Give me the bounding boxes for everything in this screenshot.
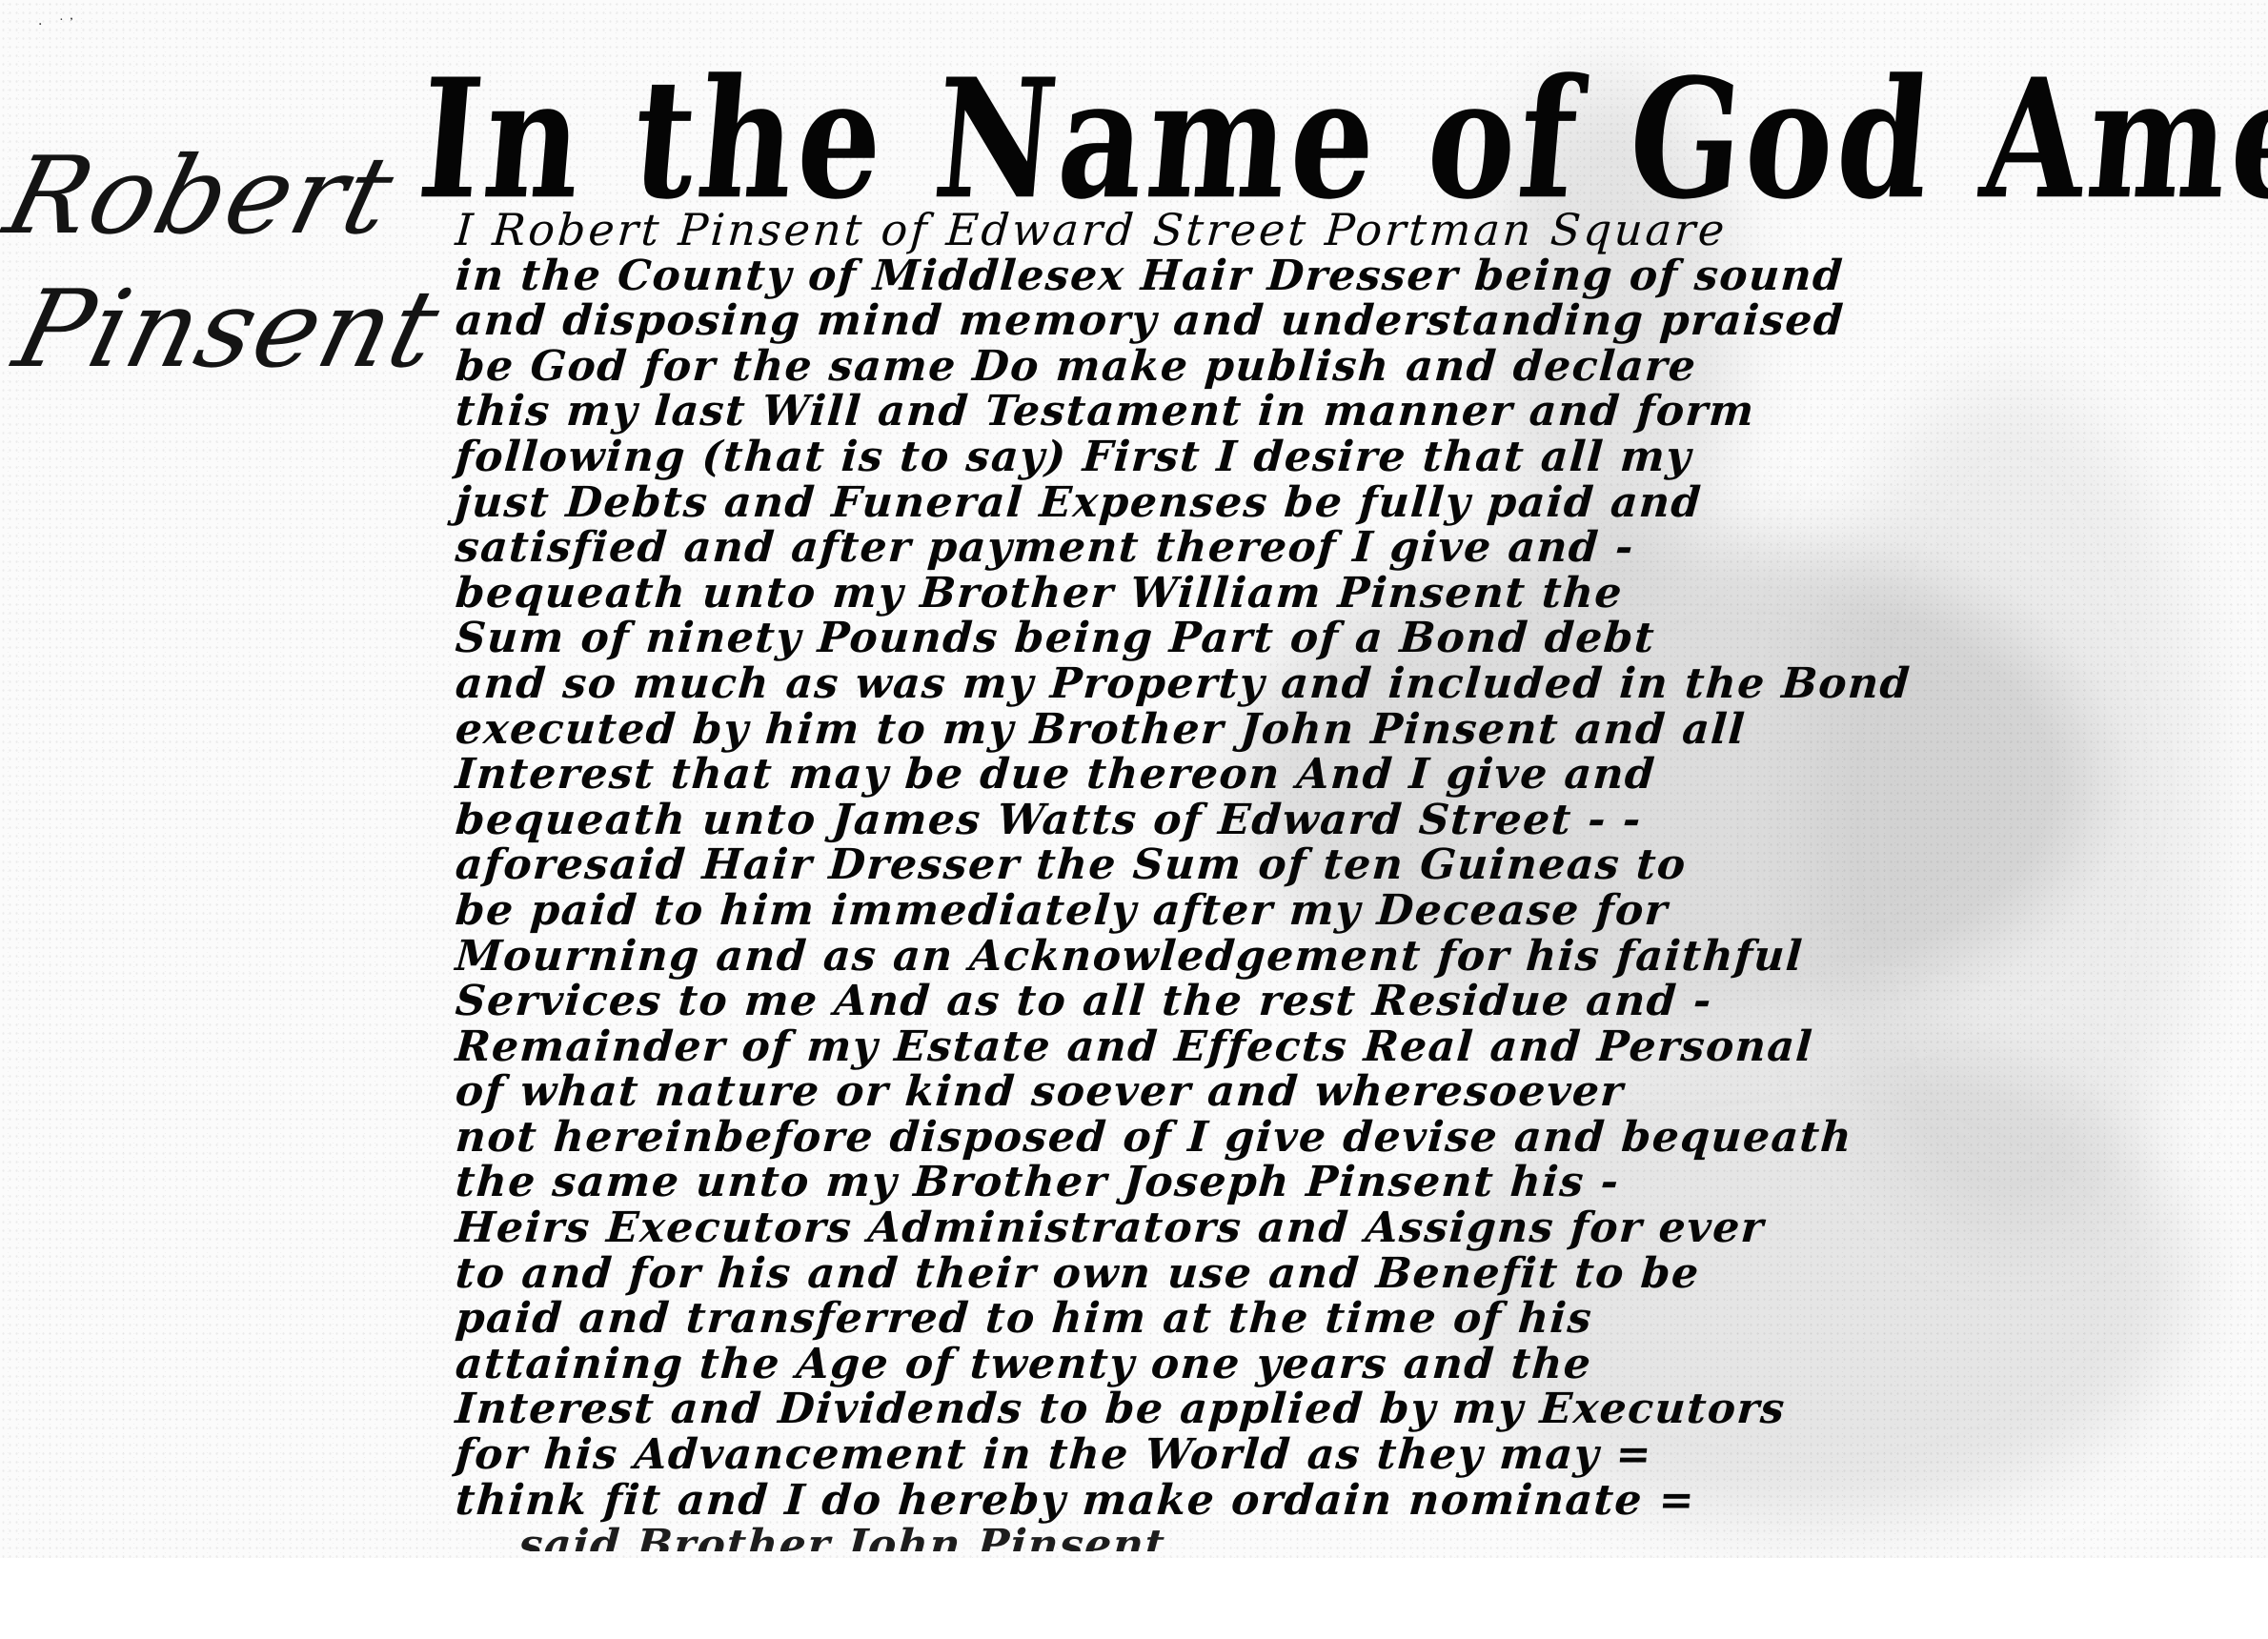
corner-marks: · ˙ ̓	[38, 17, 80, 32]
body-line: executed by him to my Brother John Pinse…	[454, 707, 2248, 753]
body-line: in the County of Middlesex Hair Dresser …	[454, 253, 2248, 299]
body-line: be God for the same Do make publish and …	[454, 344, 2248, 390]
body-line: of what nature or kind soever and wheres…	[454, 1069, 2248, 1115]
body-line: this my last Will and Testament in manne…	[454, 389, 2248, 435]
body-line: and so much as was my Property and inclu…	[454, 661, 2248, 707]
body-line: following (that is to say) First I desir…	[454, 435, 2248, 480]
body-line: Interest that may be due thereon And I g…	[454, 752, 2248, 798]
body-line: be paid to him immediately after my Dece…	[454, 888, 2248, 934]
body-line: think fit and I do hereby make ordain no…	[454, 1478, 2248, 1524]
body-line: I Robert Pinsent of Edward Street Portma…	[454, 208, 2248, 253]
body-line: to and for his and their own use and Ben…	[454, 1251, 2248, 1297]
document-page: · ˙ ̓ Robert Pinsent In the Name of God …	[0, 0, 2268, 1558]
body-line: bequeath unto my Brother William Pinsent…	[454, 571, 2248, 617]
body-line: the same unto my Brother Joseph Pinsent …	[454, 1160, 2248, 1205]
body-line: bequeath unto James Watts of Edward Stre…	[454, 798, 2248, 843]
will-body: I Robert Pinsent of Edward Street Portma…	[456, 208, 2247, 1551]
body-line: Mourning and as an Acknowledgement for h…	[454, 934, 2248, 980]
body-line: aforesaid Hair Dresser the Sum of ten Gu…	[454, 842, 2248, 888]
body-line: attaining the Age of twenty one years an…	[454, 1342, 2248, 1387]
body-line-cut-off: ... said Brother John Pinsent	[455, 1523, 2248, 1551]
body-line: just Debts and Funeral Expenses be fully…	[454, 480, 2248, 526]
body-line: not hereinbefore disposed of I give devi…	[454, 1115, 2248, 1161]
body-line: Heirs Executors Administrators and Assig…	[454, 1205, 2248, 1251]
body-line: and disposing mind memory and understand…	[454, 298, 2248, 344]
body-line: Remainder of my Estate and Effects Real …	[454, 1024, 2248, 1070]
margin-first-name: Robert	[0, 143, 404, 250]
body-line: Services to me And as to all the rest Re…	[454, 979, 2248, 1024]
body-line: paid and transferred to him at the time …	[454, 1296, 2248, 1342]
body-line: for his Advancement in the World as they…	[454, 1432, 2248, 1478]
blank-margin-bottom	[0, 1558, 2268, 1639]
body-line: Interest and Dividends to be applied by …	[454, 1386, 2248, 1432]
body-line: Sum of ninety Pounds being Part of a Bon…	[454, 616, 2248, 661]
margin-last-name: Pinsent	[6, 276, 450, 383]
body-line: satisfied and after payment thereof I gi…	[454, 525, 2248, 571]
document-title: In the Name of God Amen	[413, 57, 2218, 222]
